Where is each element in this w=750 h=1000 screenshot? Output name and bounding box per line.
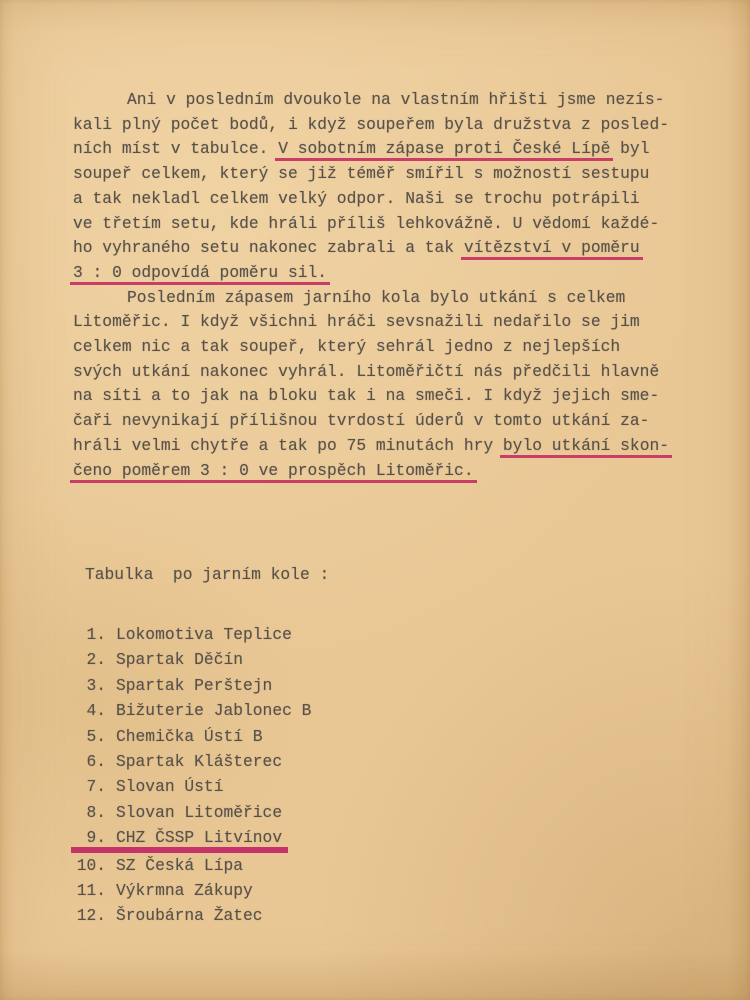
text-segment: Tabulka po jarním kole : xyxy=(85,565,329,584)
standings-team: Spartak Perštejn xyxy=(116,676,272,695)
text-line: ních míst v tabulce. V sobotním zápase p… xyxy=(73,137,669,162)
text-line: hráli velmi chytře a tak po 75 minutách … xyxy=(73,434,669,459)
standings-team: Bižuterie Jablonec B xyxy=(116,701,311,720)
standings-rank: 6. xyxy=(76,749,106,774)
table-heading: Tabulka po jarním kole : xyxy=(85,563,329,588)
standings-rank: 4. xyxy=(76,698,106,723)
standings-row: 6.Spartak Klášterec xyxy=(76,749,311,774)
paragraph-match-litomerice: Posledním zápasem jarního kola bylo utká… xyxy=(73,286,669,484)
text-segment: Posledním zápasem jarního kola bylo utká… xyxy=(127,288,625,307)
standings-rank: 12. xyxy=(76,903,106,928)
underlined-text-segment: 9.CHZ ČSSP Litvínov xyxy=(71,825,288,852)
underlined-text-segment: vítězství v poměru xyxy=(461,238,643,260)
standings-row: 10.SZ Česká Lípa xyxy=(76,853,311,878)
text-line: 3 : 0 odpovídá poměru sil. xyxy=(73,261,669,286)
text-line: Ani v posledním dvoukole na vlastním hři… xyxy=(73,88,669,113)
standings-team: Slovan Ústí xyxy=(116,777,223,796)
text-segment: celkem nic a tak soupeř, který sehrál je… xyxy=(73,337,620,356)
text-segment: a tak nekladl celkem velký odpor. Naši s… xyxy=(73,189,640,208)
standings-rank: 5. xyxy=(76,724,106,749)
standings-team: Slovan Litoměřice xyxy=(116,803,282,822)
text-segment: na síti a to jak na bloku tak i na smeči… xyxy=(73,386,659,405)
text-line: celkem nic a tak soupeř, který sehrál je… xyxy=(73,335,669,360)
standings-rank: 7. xyxy=(76,774,106,799)
standings-row: 11.Výkrmna Zákupy xyxy=(76,878,311,903)
standings-team: Výkrmna Zákupy xyxy=(116,881,253,900)
standings-row: 3.Spartak Perštejn xyxy=(76,673,311,698)
underlined-text-segment: čeno poměrem 3 : 0 ve prospěch Litoměřic… xyxy=(70,461,477,483)
standings-rank: 9. xyxy=(76,825,106,850)
text-line: čeno poměrem 3 : 0 ve prospěch Litoměřic… xyxy=(73,459,669,484)
text-segment: ních míst v tabulce. xyxy=(73,139,278,158)
standings-team: Lokomotiva Teplice xyxy=(116,625,292,644)
standings-row: 5.Chemička Ústí B xyxy=(76,724,311,749)
text-line: Posledním zápasem jarního kola bylo utká… xyxy=(73,286,669,311)
text-segment: ve třetím setu, kde hráli příliš lehková… xyxy=(73,214,659,233)
text-segment: byl xyxy=(610,139,649,158)
text-line: kali plný počet bodů, i když soupeřem by… xyxy=(73,113,669,138)
underlined-text-segment: bylo utkání skon- xyxy=(500,436,672,458)
text-line: svých utkání nakonec vyhrál. Litoměřičtí… xyxy=(73,360,669,385)
standings-rank: 8. xyxy=(76,800,106,825)
body-text: Ani v posledním dvoukole na vlastním hři… xyxy=(73,88,669,483)
standings-rank: 1. xyxy=(76,622,106,647)
text-segment: Litoměřic. I když všichni hráči sevsnaži… xyxy=(73,312,640,331)
text-line: a tak nekladl celkem velký odpor. Naši s… xyxy=(73,187,669,212)
text-segment: hráli velmi chytře a tak po 75 minutách … xyxy=(73,436,503,455)
standings-row: 8.Slovan Litoměřice xyxy=(76,800,311,825)
paragraph-match-ceska-lipa: Ani v posledním dvoukole na vlastním hři… xyxy=(73,88,669,286)
scanned-letter-page: Ani v posledním dvoukole na vlastním hři… xyxy=(0,0,750,1000)
text-line: Litoměřic. I když všichni hráči sevsnaži… xyxy=(73,310,669,335)
underlined-text-segment: 3 : 0 odpovídá poměru sil. xyxy=(70,263,330,285)
standings-rank: 11. xyxy=(76,878,106,903)
text-line: ve třetím setu, kde hráli příliš lehková… xyxy=(73,212,669,237)
standings-rank: 10. xyxy=(76,853,106,878)
standings-team: Spartak Klášterec xyxy=(116,752,282,771)
standings-row: 7.Slovan Ústí xyxy=(76,774,311,799)
standings-team: Spartak Děčín xyxy=(116,650,243,669)
text-segment: kali plný počet bodů, i když soupeřem by… xyxy=(73,115,669,134)
text-line: na síti a to jak na bloku tak i na smeči… xyxy=(73,384,669,409)
text-segment: ho vyhraného setu nakonec zabrali a tak xyxy=(73,238,464,257)
text-segment: Ani v posledním dvoukole na vlastním hři… xyxy=(127,90,664,109)
standings-row: 12.Šroubárna Žatec xyxy=(76,903,311,928)
underlined-text-segment: V sobotním zápase proti České Lípě xyxy=(275,139,613,161)
standings-rank: 3. xyxy=(76,673,106,698)
standings-rank: 2. xyxy=(76,647,106,672)
standings-team: CHZ ČSSP Litvínov xyxy=(116,828,282,847)
standings-row: 2.Spartak Děčín xyxy=(76,647,311,672)
text-line: ho vyhraného setu nakonec zabrali a tak … xyxy=(73,236,669,261)
standings-row-highlighted: 9.CHZ ČSSP Litvínov xyxy=(76,825,311,852)
standings-row: 4.Bižuterie Jablonec B xyxy=(76,698,311,723)
text-segment: svých utkání nakonec vyhrál. Litoměřičtí… xyxy=(73,362,659,381)
standings-list: 1.Lokomotiva Teplice 2.Spartak Děčín 3.S… xyxy=(76,622,311,929)
standings-team: SZ Česká Lípa xyxy=(116,856,243,875)
text-segment: soupeř celkem, který se již téměř smířil… xyxy=(73,164,649,183)
standings-row: 1.Lokomotiva Teplice xyxy=(76,622,311,647)
text-segment: čaři nevynikají přílišnou tvrdostí úderů… xyxy=(73,411,649,430)
standings-section: Tabulka po jarním kole : xyxy=(85,563,329,588)
standings-team: Šroubárna Žatec xyxy=(116,906,263,925)
text-line: čaři nevynikají přílišnou tvrdostí úderů… xyxy=(73,409,669,434)
standings-team: Chemička Ústí B xyxy=(116,727,263,746)
text-line: soupeř celkem, který se již téměř smířil… xyxy=(73,162,669,187)
